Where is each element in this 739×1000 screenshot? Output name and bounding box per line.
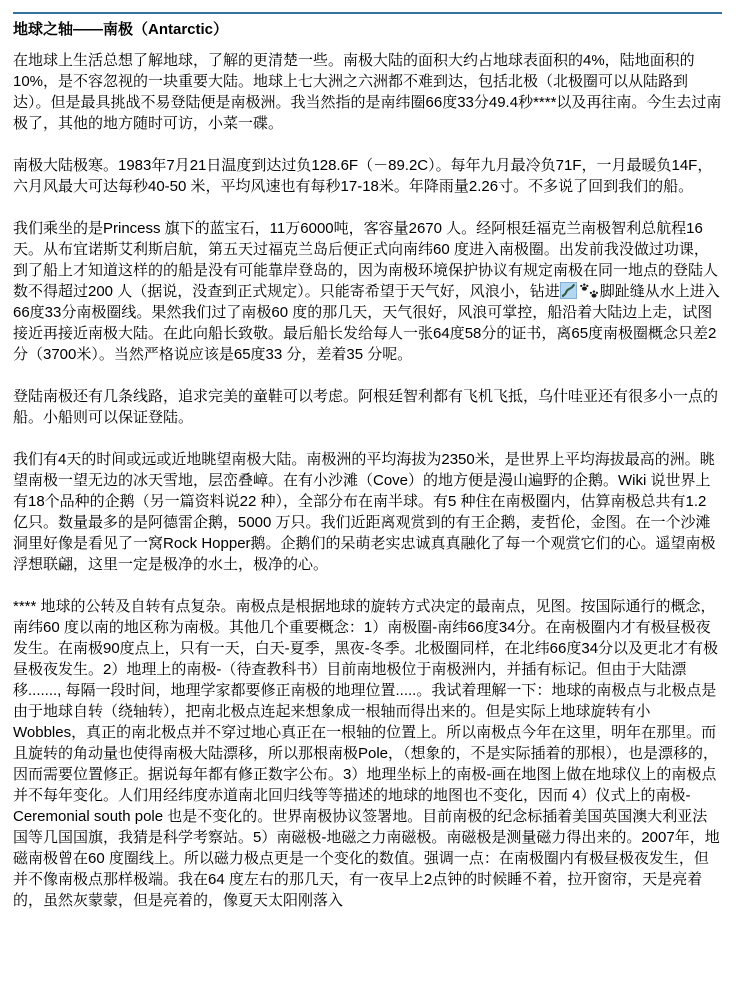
japan-map-icon bbox=[560, 282, 577, 299]
paragraph-routes: 登陆南极还有几条线路，追求完美的童鞋可以考虑。阿根廷智利都有飞机飞抵，乌什哇亚还… bbox=[13, 386, 722, 428]
paragraph-intro: 在地球上生活总想了解地球，了解的更清楚一些。南极大陆的面积大约占地球表面积的4%… bbox=[13, 50, 722, 134]
document-page: 地球之轴——南极（Antarctic） 在地球上生活总想了解地球，了解的更清楚一… bbox=[0, 0, 739, 911]
paw-prints-icon bbox=[579, 282, 600, 299]
paragraph-ship: 我们乘坐的是Princess 旗下的蓝宝石，11万6000吨，客容量2670 人… bbox=[13, 218, 722, 365]
paragraph-penguins: 我们有4天的时间或远或近地眺望南极大陆。南极洲的平均海拔为2350米，是世界上平… bbox=[13, 449, 722, 575]
paragraph-footnote: **** 地球的公转及自转有点复杂。南极点是根据地球的旋转方式决定的最南点，见图… bbox=[13, 596, 722, 911]
page-title: 地球之轴——南极（Antarctic） bbox=[13, 19, 722, 40]
top-divider bbox=[13, 12, 722, 14]
paragraph-climate: 南极大陆极寒。1983年7月21日温度到达过负128.6F（－89.2C）。每年… bbox=[13, 155, 722, 197]
